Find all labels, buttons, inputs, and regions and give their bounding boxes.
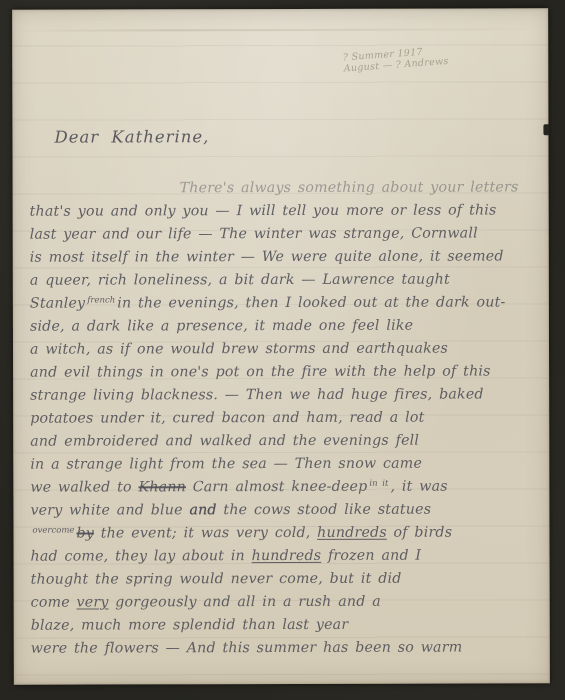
letter-line: thought the spring would never come, but… [31, 567, 543, 591]
letter-line: There's always something about your lett… [30, 176, 542, 200]
letter-text: There's always something about your lett… [180, 179, 519, 196]
letter-line: strange living blackness. — Then we had … [30, 383, 542, 407]
letter-line: a queer, rich loneliness, a bit dark — L… [30, 268, 542, 292]
letter-line: and evil things in one's pot on the fire… [30, 360, 542, 384]
paper-edge-notch [543, 124, 549, 135]
letter-text: gorgeously and all in a rush and a [109, 594, 381, 611]
letter-line: Stanleyfrenchin the evenings, then I loo… [30, 291, 542, 315]
letter-text: frozen and I [321, 548, 421, 564]
letter-line: come very gorgeously and all in a rush a… [31, 590, 543, 614]
letter-text: , it was [390, 479, 447, 495]
letter-text: a queer, rich loneliness, a bit dark — L… [30, 272, 450, 289]
letter-line: and embroidered and walked and the eveni… [30, 429, 542, 453]
letter-text: come [31, 595, 77, 611]
letter-line: very white and blue and the cows stood l… [30, 498, 542, 522]
pencil-annotation: ? Summer 1917 August — ? Andrews [343, 45, 449, 75]
letter-text: hundreds [252, 548, 322, 564]
letter-text: very white and blue [30, 502, 189, 518]
letter-line: a witch, as if one would brew storms and… [30, 337, 542, 361]
letter-text: the cows stood like statues [217, 502, 432, 519]
inserted-word: french [87, 296, 115, 306]
letter-text: in the evenings, then I looked out at th… [117, 294, 505, 311]
letter-line: is most itself in the winter — We were q… [30, 245, 542, 269]
letter-paper: ? Summer 1917 August — ? Andrews Dear Ka… [12, 8, 550, 684]
letter-line: were the flowers — And this summer has b… [31, 636, 543, 660]
letter-text: blaze, much more splendid than last year [31, 617, 349, 634]
letter-text: were the flowers — And this summer has b… [31, 640, 463, 657]
letter-text: and embroidered and walked and the eveni… [30, 433, 419, 450]
salutation: Dear Katherine, [54, 127, 209, 146]
letter-text: and [189, 502, 216, 518]
letter-text: we walked to [30, 479, 138, 495]
letter-body: There's always something about your lett… [30, 176, 543, 660]
letter-text: very [77, 594, 109, 610]
struck-out-word: by [76, 525, 94, 541]
letter-line: blaze, much more splendid than last year [31, 613, 543, 637]
letter-line: last year and our life — The winter was … [30, 222, 542, 246]
paper-crease [12, 28, 548, 31]
letter-text: Stanley [30, 296, 85, 312]
inserted-word: overcome [32, 526, 74, 536]
letter-text: is most itself in the winter — We were q… [30, 248, 504, 265]
letter-line: overcomeby the event; it was very cold, … [30, 521, 542, 545]
letter-line: we walked to Khann Carn almost knee-deep… [30, 475, 542, 499]
letter-text: of birds [387, 525, 452, 541]
letter-text: the event; it was very cold, [94, 525, 317, 542]
letter-line: side, a dark like a presence, it made on… [30, 314, 542, 338]
letter-line: had come, they lay about in hundreds fro… [31, 544, 543, 568]
letter-text: a witch, as if one would brew storms and… [30, 341, 448, 358]
letter-line: that's you and only you — I will tell yo… [30, 199, 542, 223]
letter-line: potatoes under it, cured bacon and ham, … [30, 406, 542, 430]
letter-text: in a strange light from the sea — Then s… [30, 456, 422, 473]
letter-text: Carn almost knee-deep [186, 479, 367, 495]
letter-text: side, a dark like a presence, it made on… [30, 318, 413, 335]
letter-text: last year and our life — The winter was … [30, 225, 478, 242]
letter-text: and evil things in one's pot on the fire… [30, 363, 491, 380]
letter-text: thought the spring would never come, but… [31, 571, 402, 588]
letter-text: had come, they lay about in [31, 548, 252, 565]
struck-out-word: Khann [138, 479, 186, 495]
inserted-word: in it [369, 479, 388, 489]
letter-text: strange living blackness. — Then we had … [30, 386, 484, 403]
letter-line: in a strange light from the sea — Then s… [30, 452, 542, 476]
letter-text: that's you and only you — I will tell yo… [30, 202, 497, 219]
letter-text: potatoes under it, cured bacon and ham, … [30, 410, 424, 427]
letter-text: hundreds [317, 525, 387, 541]
